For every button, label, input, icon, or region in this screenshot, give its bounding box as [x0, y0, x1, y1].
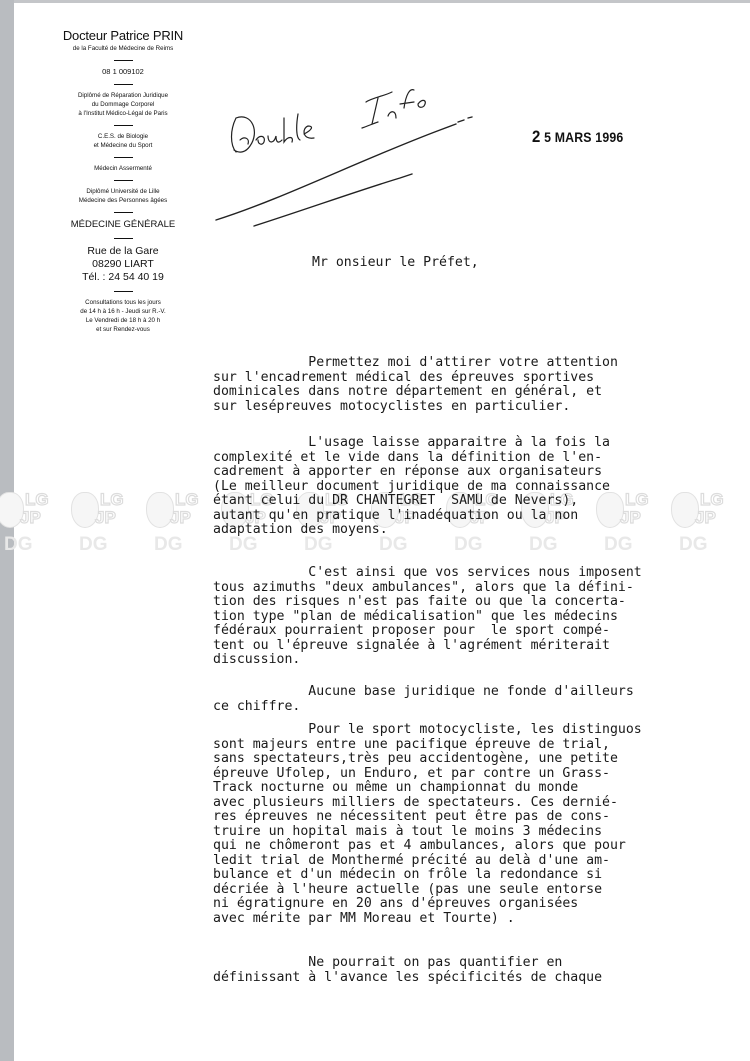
phone: Tél. : 24 54 40 19: [48, 271, 198, 284]
watermark-face-icon: [71, 492, 99, 528]
divider: [114, 60, 133, 61]
diploma2-line: Médecine des Personnes âgées: [48, 196, 198, 205]
registration-number: 08 1 009102: [48, 67, 198, 77]
watermark-text: LG: [25, 490, 49, 510]
paragraph: Aucune base juridique ne fonde d'ailleur…: [213, 685, 634, 714]
diploma2-line: Diplômé Université de Lille: [48, 187, 198, 196]
watermark-logo: LGJPDG: [667, 488, 742, 568]
scan-edge-top: [14, 0, 750, 3]
paragraph: Ne pourrait on pas quantifier en définis…: [213, 956, 602, 985]
watermark-text: JP: [20, 508, 41, 528]
divider: [114, 212, 133, 213]
watermark-text: LG: [100, 490, 124, 510]
handwritten-annotation: [200, 60, 560, 230]
diploma-line: à l'Institut Médico-Légal de Paris: [48, 109, 198, 118]
paragraph: C'est ainsi que vos services nous impose…: [213, 566, 642, 668]
hours-line: Le Vendredi de 18 h à 20 h: [48, 316, 198, 325]
divider: [114, 125, 133, 126]
hours-line: et sur Rendez-vous: [48, 325, 198, 334]
date-stamp-rest: 5 MARS 1996: [544, 129, 623, 145]
hours-line: de 14 h à 16 h - Jeudi sur R.-V.: [48, 307, 198, 316]
ces-line: et Médecine du Sport: [48, 141, 198, 150]
divider: [114, 238, 133, 239]
paragraph: Pour le sport motocycliste, les distingu…: [213, 723, 642, 926]
watermark-text: LG: [175, 490, 199, 510]
watermark-face-icon: [671, 492, 699, 528]
diploma-line: du Dommage Corporel: [48, 100, 198, 109]
letterhead: Docteur Patrice PRIN de la Faculté de Mé…: [48, 28, 198, 334]
paragraph: L'usage laisse apparaitre à la fois la c…: [213, 436, 610, 538]
watermark-text: LG: [625, 490, 649, 510]
divider: [114, 157, 133, 158]
sworn-doctor: Médecin Assermenté: [48, 164, 198, 173]
date-stamp: 2 5 MARS 1996: [532, 127, 623, 147]
date-stamp-day: 2: [532, 127, 540, 146]
address-city: 08290 LIART: [48, 258, 198, 271]
handwriting-strokes: [200, 60, 560, 230]
faculty: de la Faculté de Médecine de Reims: [48, 44, 198, 53]
watermark-text: DG: [79, 534, 108, 556]
watermark-text: DG: [679, 534, 708, 556]
watermark-text: JP: [620, 508, 641, 528]
salutation: Mr onsieur le Préfet,: [312, 255, 479, 270]
watermark-text: JP: [695, 508, 716, 528]
divider: [114, 291, 133, 292]
divider: [114, 84, 133, 85]
ces-line: C.E.S. de Biologie: [48, 132, 198, 141]
hours-line: Consultations tous les jours: [48, 298, 198, 307]
watermark-text: LG: [700, 490, 724, 510]
doctor-name: Docteur Patrice PRIN: [48, 28, 198, 44]
watermark-logo: LGJPDG: [142, 488, 217, 568]
watermark-text: JP: [95, 508, 116, 528]
watermark-logo: LGJPDG: [67, 488, 142, 568]
specialty: MÉDECINE GÉNÉRALE: [48, 219, 198, 231]
scan-edge-left: [0, 0, 14, 1061]
divider: [114, 180, 133, 181]
address-street: Rue de la Gare: [48, 245, 198, 258]
watermark-face-icon: [146, 492, 174, 528]
paragraph: Permettez moi d'attirer votre attention …: [213, 356, 618, 414]
watermark-text: JP: [170, 508, 191, 528]
watermark-text: DG: [154, 534, 183, 556]
diploma-line: Diplômé de Réparation Juridique: [48, 91, 198, 100]
